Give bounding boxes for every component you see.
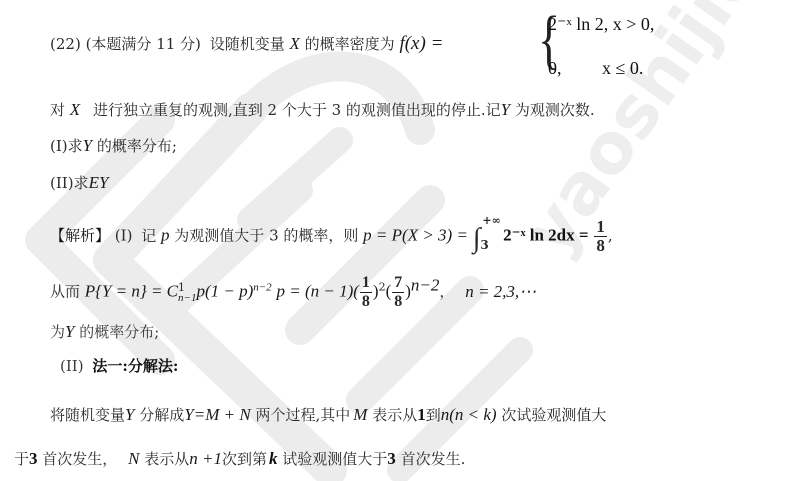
probability-equation: p = P(X > 3) = [363, 226, 468, 245]
stem-mid: 的概率密度为 [305, 35, 395, 53]
problem-number: (22) [50, 35, 81, 53]
method-heading: (II) 法一:分解法: [60, 356, 178, 376]
n-range: n = 2,3,⋯ [465, 282, 536, 301]
stem-prefix: 设随机变量 [210, 35, 285, 53]
piecewise-case-1: 2⁻ˣ ln 2, x > 0, [548, 14, 654, 35]
question-part-1: (I)求Y 的概率分布; [50, 136, 177, 156]
solution-part-1-line: 【解析】 (I) 记 p 为观测值大于 3 的概率，则 p = P(X > 3)… [50, 218, 613, 255]
distribution-formula-line: 从而 P{Y = n} = C1n−1p(1 − p)n−2 p = (n − … [50, 274, 536, 311]
observation-description: 对 X 进行独立重复的观测,直到 2 个大于 3 的观测值出现的停止.记Y 为观… [50, 100, 595, 120]
solution-header: 【解析】 [50, 227, 110, 245]
problem-statement-line: (22) (本题满分 11 分) 设随机变量 X 的概率密度为 f(x) = [50, 34, 443, 54]
score-note: (本题满分 11 分) [86, 35, 201, 53]
decomposition-line-1: 将随机变量Y 分解成Y=M + N 两个过程,其中M 表示从1到n(n < k)… [50, 405, 606, 425]
var-x: X [289, 34, 299, 53]
integrand: 2⁻ˣ ln 2dx = [503, 226, 588, 245]
density-lhs: f(x) = [399, 33, 443, 54]
integral-sign: ∫ [473, 223, 481, 254]
p-value-fraction: 18 [594, 218, 607, 255]
piecewise-case-2: 0, x ≤ 0. [548, 58, 643, 79]
decomposition-line-2: 于3 首次发生， N 表示从n +1次到第k 试验观测值大于3 首次发生. [14, 449, 465, 469]
question-part-2: (II)求EY [50, 173, 108, 193]
distribution-conclusion: 为Y 的概率分布; [50, 322, 159, 342]
